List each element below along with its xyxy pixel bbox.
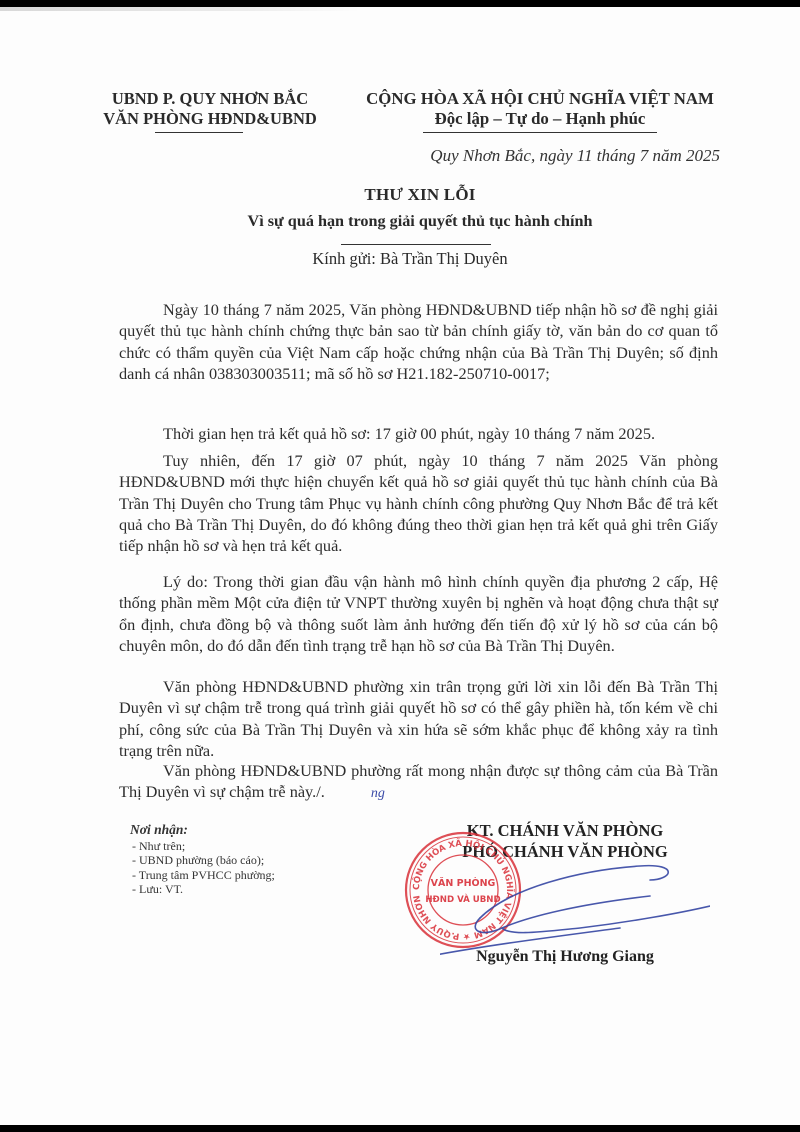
title-underline (341, 244, 491, 245)
recipient-item: - Lưu: VT. (130, 882, 350, 897)
document-title: THƯ XIN LỖI (200, 185, 640, 205)
document-subtitle: Vì sự quá hạn trong giải quyết thủ tục h… (200, 212, 640, 231)
scan-shadow (0, 7, 360, 11)
recipients-heading: Nơi nhận: (130, 823, 350, 838)
paragraph-apology: Văn phòng HĐND&UBND phường xin trân trọn… (119, 676, 718, 761)
motto-underline (423, 132, 657, 133)
signer-name: Nguyễn Thị Hương Giang (430, 948, 700, 966)
recipient-item: - UBND phường (báo cáo); (130, 853, 350, 868)
issuing-agency-header: UBND P. QUY NHƠN BẮC VĂN PHÒNG HĐND&UBND (96, 89, 324, 129)
recipient-item: - Trung tâm PVHCC phường; (130, 868, 350, 883)
place-date-line: Quy Nhơn Bắc, ngày 11 tháng 7 năm 2025 (370, 146, 720, 166)
country-name: CỘNG HÒA XÃ HỘI CHỦ NGHĨA VIỆT NAM (350, 89, 730, 109)
bottom-black-border (0, 1125, 800, 1132)
recipients-block: Nơi nhận: - Như trên; - UBND phường (báo… (130, 823, 350, 897)
national-motto-header: CỘNG HÒA XÃ HỘI CHỦ NGHĨA VIỆT NAM Độc l… (350, 89, 730, 129)
agency-name: VĂN PHÒNG HĐND&UBND (96, 109, 324, 129)
agency-underline (155, 132, 243, 133)
top-black-border (0, 0, 800, 7)
paragraph-delay: Tuy nhiên, đến 17 giờ 07 phút, ngày 10 t… (119, 450, 718, 556)
paragraph-closing: Văn phòng HĐND&UBND phường rất mong nhận… (119, 760, 718, 805)
paragraph-receipt: Ngày 10 tháng 7 năm 2025, Văn phòng HĐND… (119, 299, 718, 384)
motto: Độc lập – Tự do – Hạnh phúc (350, 109, 730, 129)
paragraph-deadline: Thời gian hẹn trả kết quả hồ sơ: 17 giờ … (119, 423, 718, 444)
handwritten-initial: ng (327, 783, 385, 804)
salutation: Kính gửi: Bà Trần Thị Duyên (100, 249, 720, 269)
paragraph-reason: Lý do: Trong thời gian đầu vận hành mô h… (119, 571, 718, 656)
agency-parent: UBND P. QUY NHƠN BẮC (96, 89, 324, 109)
recipient-item: - Như trên; (130, 839, 350, 854)
